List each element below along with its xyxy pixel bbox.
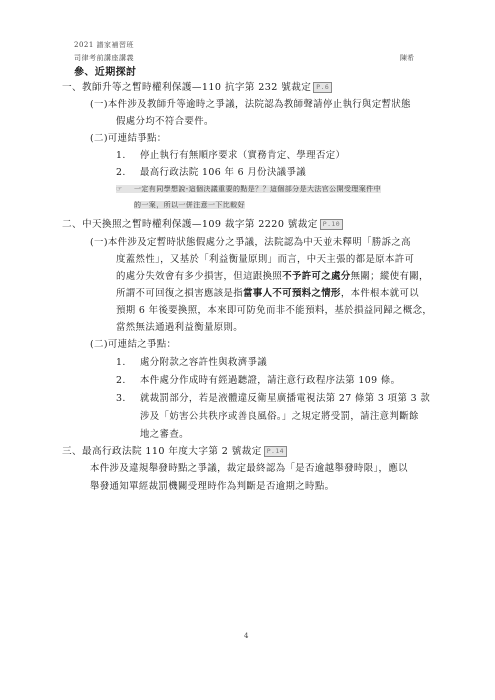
- point-text: 處分附款之容許性與救濟爭議: [140, 357, 267, 368]
- item1-note: ☞一定有同學想說-這個決議重要的點是？？這個部分是大法官公開受理案件中: [116, 182, 381, 196]
- point-text: 停止執行有無順序要求（實務肯定、學理否定）: [140, 150, 345, 161]
- item2-heading: 二、中天換照之暫時權利保護—109 裁字第 2220 號裁定P.10: [62, 218, 343, 231]
- item3-para-line: 舉發通知單經裁罰機關受理時作為判斷是否逾期之時點。: [90, 480, 334, 493]
- bold-text: 當事人不可預料之情形: [243, 288, 341, 299]
- point-number: 1.: [116, 356, 140, 369]
- header-author: 陳希: [400, 53, 414, 63]
- item1-heading-text: 一、教師升等之暫時權利保護—110 抗字第 232 號裁定: [62, 82, 311, 93]
- item1-sub-heading: (二)可連結爭點：: [90, 132, 167, 145]
- point-text: 最高行政法院 106 年 6 月份決議爭議: [140, 167, 306, 178]
- text-run: 所謂不可回復之損害應該是指: [116, 288, 243, 299]
- item2-para-line: 當然無法通過利益衡量原則。: [116, 321, 243, 334]
- item1-point: 1.停止執行有無順序要求（實務肯定、學理否定）: [116, 149, 345, 162]
- header-course: 2021 譜家補習班: [74, 40, 134, 50]
- item2-para-line: (一)本件涉及定暫時狀態假處分之爭議，法院認為中天並未釋明「勝訴之高: [90, 236, 411, 249]
- item2-para-line: 度蓋然性」，又基於「利益衡量原則」而言，中天主張的都是原本許可: [116, 253, 414, 266]
- point-text: 本件處分作成時有經過聽證，請注意行政程序法第 109 條。: [140, 375, 400, 386]
- point-number: 1.: [116, 149, 140, 162]
- section-title: 參、近期探討: [74, 66, 136, 79]
- item2-para-line: 的處分失效會有多少損害，但這跟換照不予許可之處分無關；縱使有關，: [116, 270, 429, 283]
- text-run: 的處分失效會有多少損害，但這跟換照: [116, 271, 282, 282]
- bold-text: 不予許可之處分: [282, 271, 350, 282]
- item1-para-line: (一)本件涉及教師升等逾時之爭議，法院認為教師聲請停止執行與定暫狀態: [90, 98, 411, 111]
- item1-note-cont: 的一案，所以一併注意一下比較好: [134, 198, 245, 212]
- point-number: 3.: [116, 392, 140, 405]
- item2-point-cont: 涉及「妨害公共秩序或善良風俗。」之規定將受罰，請注意判斷餘: [140, 410, 419, 423]
- item3-heading: 三、最高行政法院 110 年度大字第 2 號裁定P.14: [62, 445, 287, 458]
- item3-heading-text: 三、最高行政法院 110 年度大字第 2 號裁定: [62, 446, 262, 457]
- point-text: 就裁罰部分，若是液體違反衛星廣播電視法第 27 條第 3 項第 3 款: [140, 393, 430, 404]
- item1-point: 2.最高行政法院 106 年 6 月份決議爭議: [116, 166, 306, 179]
- text-run: ，本件根本就可以: [341, 288, 419, 299]
- item2-point: 2.本件處分作成時有經過聽證，請注意行政程序法第 109 條。: [116, 374, 400, 387]
- item2-sub-heading: (二)可連結之爭點：: [90, 338, 176, 351]
- text-run: 無關；縱使有關，: [351, 271, 429, 282]
- page-number: 4: [244, 632, 248, 640]
- item2-para-line: 預期 6 年後要換照，本來即可防免而非不能預料，基於損益同歸之概念，: [116, 304, 432, 317]
- item2-heading-text: 二、中天換照之暫時權利保護—109 裁字第 2220 號裁定: [62, 219, 318, 230]
- note-highlight: ☞一定有同學想說-這個決議重要的點是？？這個部分是大法官公開受理案件中: [116, 185, 381, 193]
- note-text: 一定有同學想說-這個決議重要的點是？？這個部分是大法官公開受理案件中: [134, 185, 381, 193]
- page-ref-box: P.6: [313, 82, 332, 93]
- point-number: 2.: [116, 374, 140, 387]
- item1-heading: 一、教師升等之暫時權利保護—110 抗字第 232 號裁定P.6: [62, 81, 332, 94]
- header-subtitle: 司律考前講座講義: [74, 53, 134, 63]
- document-page: 2021 譜家補習班 司律考前講座講義 陳希 參、近期探討 一、教師升等之暫時權…: [0, 0, 495, 700]
- pointing-hand-icon: ☞: [116, 183, 134, 196]
- item1-para-line: 假處分均不符合要件。: [116, 115, 214, 128]
- point-number: 2.: [116, 166, 140, 179]
- page-ref-box: P.14: [264, 446, 287, 457]
- note-text: 的一案，所以一併注意一下比較好: [134, 201, 245, 209]
- item3-para-line: 本件涉及違規舉發時點之爭議，裁定最終認為「是否逾越舉發時限」，應以: [90, 462, 408, 475]
- page-ref-box: P.10: [320, 219, 343, 230]
- item2-para-line: 所謂不可回復之損害應該是指當事人不可預料之情形，本件根本就可以: [116, 287, 419, 300]
- item2-point: 3.就裁罰部分，若是液體違反衛星廣播電視法第 27 條第 3 項第 3 款: [116, 392, 430, 405]
- item2-point-cont: 地之審查。: [140, 428, 189, 441]
- item2-point: 1.處分附款之容許性與救濟爭議: [116, 356, 267, 369]
